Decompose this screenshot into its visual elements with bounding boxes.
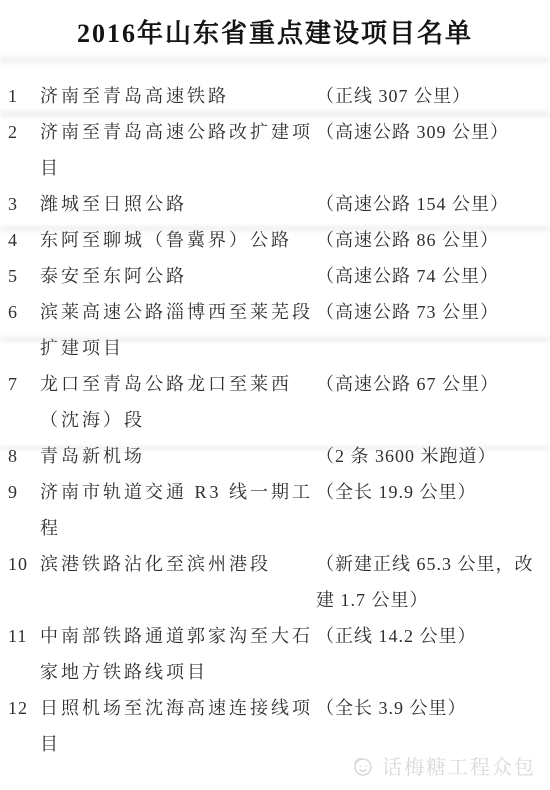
project-number: 1 [8,78,40,114]
table-row: 8 青岛新机场 （2 条 3600 米跑道） [8,438,536,474]
project-number: 9 [8,474,40,510]
project-spec: （新建正线 65.3 公里，改建 1.7 公里） [316,546,536,618]
project-name: 济南至青岛高速铁路 [40,78,316,114]
project-spec: （2 条 3600 米跑道） [316,438,536,474]
scan-artifact-streak [0,57,550,63]
project-spec: （正线 14.2 公里） [316,618,536,654]
table-row: 9 济南市轨道交通 R3 线一期工程 （全长 19.9 公里） [8,474,536,546]
page-title: 2016年山东省重点建设项目名单 [0,16,550,52]
table-row: 10 滨港铁路沾化至滨州港段 （新建正线 65.3 公里，改建 1.7 公里） [8,546,536,618]
table-row: 6 滨莱高速公路淄博西至莱芜段扩建项目 （高速公路 73 公里） [8,294,536,366]
watermark-text: 话梅糖工程众包 [382,751,536,780]
table-row: 4 东阿至聊城（鲁冀界）公路 （高速公路 86 公里） [8,222,536,258]
document-page: 2016年山东省重点建设项目名单 1 济南至青岛高速铁路 （正线 307 公里）… [0,0,550,790]
project-name: 龙口至青岛公路龙口至莱西（沈海）段 [40,366,316,438]
table-row: 11 中南部铁路通道郭家沟至大石家地方铁路线项目 （正线 14.2 公里） [8,618,536,690]
project-name: 中南部铁路通道郭家沟至大石家地方铁路线项目 [40,618,316,690]
table-row: 7 龙口至青岛公路龙口至莱西（沈海）段 （高速公路 67 公里） [8,366,536,438]
project-number: 7 [8,366,40,402]
project-spec: （高速公路 67 公里） [316,366,536,402]
project-name: 滨莱高速公路淄博西至莱芜段扩建项目 [40,294,316,366]
project-list: 1 济南至青岛高速铁路 （正线 307 公里） 2 济南至青岛高速公路改扩建项目… [0,78,550,762]
project-name: 滨港铁路沾化至滨州港段 [40,546,316,582]
project-number: 2 [8,114,40,150]
project-name: 日照机场至沈海高速连接线项目 [40,690,316,762]
table-row: 2 济南至青岛高速公路改扩建项目 （高速公路 309 公里） [8,114,536,186]
project-number: 3 [8,186,40,222]
project-name: 东阿至聊城（鲁冀界）公路 [40,222,316,258]
project-number: 5 [8,258,40,294]
watermark: 话梅糖工程众包 [351,751,536,780]
project-spec: （高速公路 154 公里） [316,186,536,222]
project-spec: （高速公路 309 公里） [316,114,536,150]
project-name: 济南市轨道交通 R3 线一期工程 [40,474,316,546]
project-spec: （高速公路 74 公里） [316,258,536,294]
project-spec: （高速公路 73 公里） [316,294,536,330]
project-number: 6 [8,294,40,330]
table-row: 1 济南至青岛高速铁路 （正线 307 公里） [8,78,536,114]
project-spec: （全长 19.9 公里） [316,474,536,510]
project-name: 潍城至日照公路 [40,186,316,222]
project-name: 泰安至东阿公路 [40,258,316,294]
project-spec: （全长 3.9 公里） [316,690,536,726]
project-spec: （高速公路 86 公里） [316,222,536,258]
project-number: 11 [8,618,40,654]
smiley-logo-icon [351,754,375,778]
project-spec: （正线 307 公里） [316,78,536,114]
table-row: 3 潍城至日照公路 （高速公路 154 公里） [8,186,536,222]
project-number: 10 [8,546,40,582]
project-number: 8 [8,438,40,474]
project-name: 青岛新机场 [40,438,316,474]
project-name: 济南至青岛高速公路改扩建项目 [40,114,316,186]
project-number: 4 [8,222,40,258]
table-row: 5 泰安至东阿公路 （高速公路 74 公里） [8,258,536,294]
project-number: 12 [8,690,40,726]
